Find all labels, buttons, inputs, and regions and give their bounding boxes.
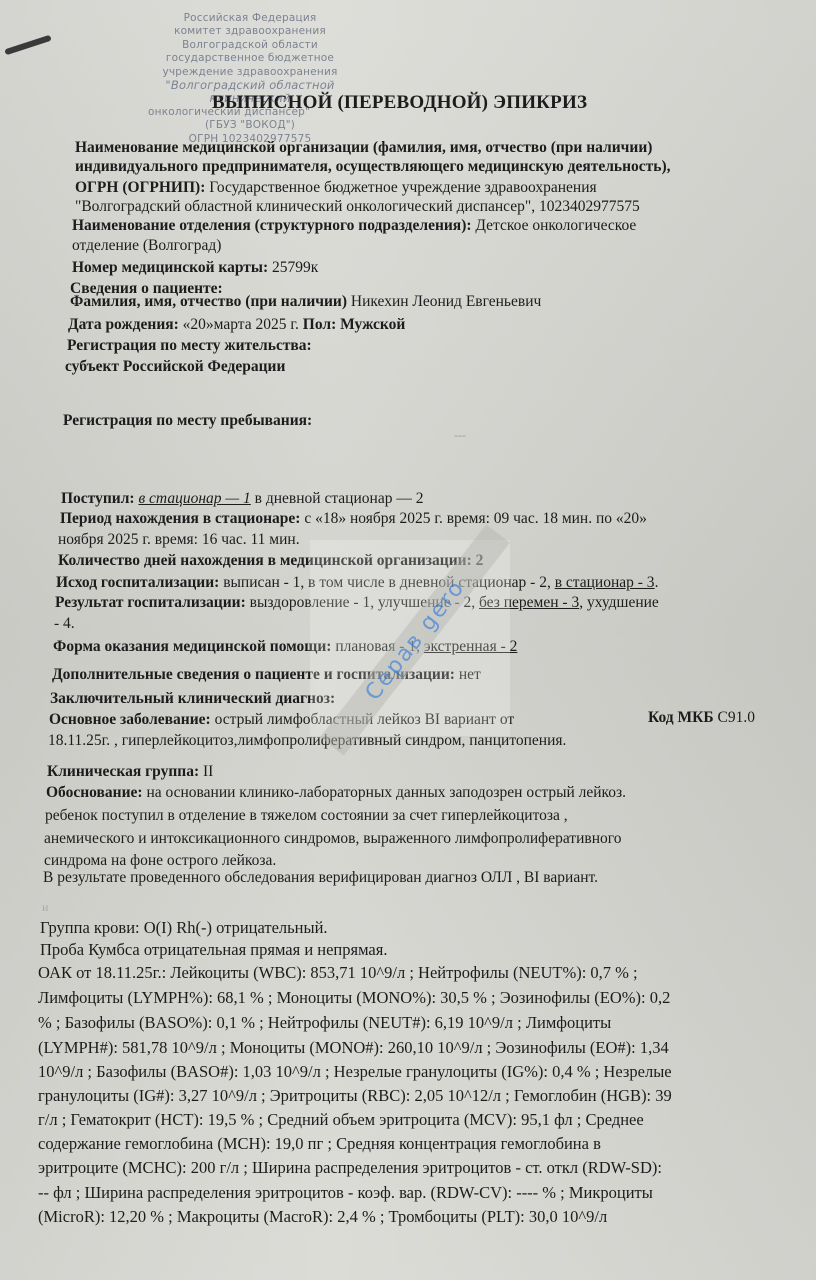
- stay-period-line: Период нахождения в стационаре: с «18» н…: [60, 509, 647, 528]
- pen-mark: [4, 35, 52, 56]
- extra-info-label: Дополнительные сведения о пациенте и гос…: [52, 666, 455, 683]
- days-count-value: 2: [472, 552, 484, 569]
- cbc-line: ОАК от 18.11.25г.: Лейкоциты (WBC): 853,…: [38, 963, 638, 982]
- medical-card-label: Номер медицинской карты:: [72, 259, 268, 276]
- rationale-line-5: В результате проведенного обследования в…: [43, 868, 598, 887]
- care-form-label: Форма оказания медицинской помощи:: [53, 638, 331, 655]
- cbc-line: (MicroR): 12,20 % ; Макроциты (MacroR): …: [38, 1207, 607, 1226]
- stay-registration-label: Регистрация по месту пребывания:: [63, 411, 312, 430]
- days-count-label: Количество дней нахождения в медицинской…: [58, 552, 472, 569]
- stamp-line: "Волгоградский областной: [140, 79, 360, 92]
- official-stamp: Российская Федерация комитет здравоохран…: [140, 12, 360, 146]
- ogrn-label: ОГРН (ОГРНИП):: [75, 179, 205, 196]
- stamp-line: Волгоградской области: [140, 39, 360, 52]
- medical-card-number: 25799к: [268, 259, 318, 276]
- extra-info-value: нет: [455, 666, 481, 683]
- cbc-line: 10^9/л ; Базофилы (BASO#): 1,03 10^9/л ;…: [38, 1062, 672, 1081]
- stamp-line: комитет здравоохранения: [140, 25, 360, 38]
- dob-label: Дата рождения:: [68, 316, 179, 333]
- org-label-line-2: индивидуального предпринимателя, осущест…: [75, 157, 671, 176]
- rationale-value: на основании клинико-лабораторных данных…: [143, 784, 627, 801]
- speck: ---: [454, 428, 466, 443]
- clinical-group-label: Клиническая группа:: [47, 763, 199, 780]
- outcome-line: Исход госпитализации: выписан - 1, в том…: [56, 573, 658, 592]
- main-diagnosis-value-line-2: 18.11.25г. , гиперлейкоцитоз,лимфопролиф…: [48, 731, 566, 750]
- org-name-line-2: "Волгоградский областной клинический онк…: [75, 197, 640, 216]
- icd-code-line: Код МКБ С91.0: [648, 708, 755, 727]
- clinical-group-value: II: [199, 763, 213, 780]
- rationale-line: Обоснование: на основании клинико-лабора…: [46, 783, 626, 802]
- rationale-label: Обоснование:: [46, 784, 143, 801]
- cbc-line: -- фл ; Ширина распределения эритроцитов…: [38, 1183, 653, 1202]
- result-label: Результат госпитализации:: [55, 594, 246, 611]
- days-count-line: Количество дней нахождения в медицинской…: [58, 551, 483, 570]
- residence-registration-label: Регистрация по месту жительства:: [67, 336, 312, 355]
- cbc-line: (LYMPH#): 581,78 10^9/л ; Моноциты (MONO…: [38, 1038, 669, 1057]
- extra-info-line: Дополнительные сведения о пациенте и гос…: [52, 665, 481, 684]
- clinical-group-line: Клиническая группа: II: [47, 762, 213, 781]
- result-selected-option: без перемен - 3: [479, 594, 579, 611]
- stay-period-value-line-2: ноября 2025 г. время: 16 час. 11 мин.: [58, 530, 300, 549]
- stamp-line: (ГБУЗ "ВОКОД"): [140, 119, 360, 132]
- admitted-other-option: в дневной стационар — 2: [251, 490, 424, 507]
- department-label: Наименование отделения (структурного под…: [72, 217, 472, 234]
- outcome-selected-option: в стационар - 3: [555, 574, 655, 591]
- care-form-line: Форма оказания медицинской помощи: плано…: [53, 637, 517, 656]
- result-options-rest: , ухудшение: [579, 594, 659, 611]
- outcome-label: Исход госпитализации:: [56, 574, 219, 591]
- result-line-2: - 4.: [54, 614, 75, 633]
- outcome-options: выписан - 1, в том числе в дневной стаци…: [219, 574, 554, 591]
- cbc-line: содержание гемоглобина (MCH): 19,0 пг ; …: [38, 1134, 601, 1153]
- stamp-line: Российская Федерация: [140, 12, 360, 25]
- stamp-line: государственное бюджетное: [140, 52, 360, 65]
- main-diagnosis-line: Основное заболевание: острый лимфобластн…: [49, 710, 514, 729]
- department-value: Детское онкологическое: [472, 217, 637, 234]
- org-label-line-1: Наименование медицинской организации (фа…: [75, 138, 652, 157]
- outcome-end: .: [655, 574, 659, 591]
- cbc-line: Лимфоциты (LYMPH%): 68,1 % ; Моноциты (M…: [38, 988, 670, 1007]
- dob-line: Дата рождения: «20»марта 2025 г. Пол: Му…: [68, 315, 405, 334]
- org-name-value: Государственное бюджетное учреждение здр…: [205, 179, 596, 196]
- rationale-line-2: ребенок поступил в отделение в тяжелом с…: [45, 806, 568, 825]
- residence-registration-value: субъект Российской Федерации: [65, 357, 285, 376]
- patient-name-value: Никехин Леонид Евгеньевич: [347, 293, 541, 310]
- stay-period-label: Период нахождения в стационаре:: [60, 510, 300, 527]
- department-line: Наименование отделения (структурного под…: [72, 216, 636, 235]
- icd-code-value: С91.0: [714, 709, 755, 726]
- care-form-selected-option: экстренная - 2: [424, 638, 518, 655]
- sex-field: Пол: Мужской: [299, 316, 405, 333]
- patient-name-label: Фамилия, имя, отчество (при наличии): [70, 293, 347, 310]
- result-options: выздоровление - 1, улучшение - 2,: [246, 594, 479, 611]
- main-diagnosis-label: Основное заболевание:: [49, 711, 211, 728]
- rationale-line-3: анемического и интоксикационного синдром…: [44, 829, 621, 848]
- cbc-line: гранулоциты (IG#): 3,27 10^9/л ; Эритроц…: [38, 1086, 672, 1105]
- org-line-3: ОГРН (ОГРНИП): Государственное бюджетное…: [75, 178, 597, 197]
- cbc-line: % ; Базофилы (BASO%): 0,1 % ; Нейтрофилы…: [38, 1013, 611, 1032]
- admitted-label: Поступил:: [61, 490, 135, 507]
- final-diagnosis-header: Заключительный клинический диагноз:: [50, 689, 335, 708]
- cbc-line: г/л ; Гематокрит (HCT): 19,5 % ; Средний…: [38, 1110, 644, 1129]
- speck: и: [42, 900, 48, 915]
- blood-group: Группа крови: O(I) Rh(-) отрицательный.: [40, 918, 328, 937]
- main-diagnosis-value: острый лимфобластный лейкоз BI вариант о…: [211, 711, 514, 728]
- admitted-selected-option: в стационар — 1: [138, 490, 250, 507]
- department-value-line-2: отделение (Волгоград): [72, 236, 221, 255]
- cbc-line: эритроците (MCHC): 200 г/л ; Ширина расп…: [38, 1158, 662, 1177]
- admission-line: Поступил: в стационар — 1 в дневной стац…: [61, 489, 423, 508]
- coombs-test: Проба Кумбса отрицательная прямая и непр…: [40, 940, 387, 959]
- icd-code-label: Код МКБ: [648, 709, 714, 726]
- stamp-line: учреждение здравоохранения: [140, 66, 360, 79]
- medical-card-line: Номер медицинской карты: 25799к: [72, 258, 318, 277]
- care-form-options: плановая - 1,: [331, 638, 423, 655]
- document-title: ВЫПИСНОЙ (ПЕРЕВОДНОЙ) ЭПИКРИЗ: [212, 92, 587, 114]
- dob-value: «20»марта 2025 г.: [179, 316, 299, 333]
- result-line: Результат госпитализации: выздоровление …: [55, 593, 659, 612]
- patient-name-line: Фамилия, имя, отчество (при наличии) Ник…: [70, 292, 541, 311]
- stay-period-value: с «18» ноября 2025 г. время: 09 час. 18 …: [300, 510, 646, 527]
